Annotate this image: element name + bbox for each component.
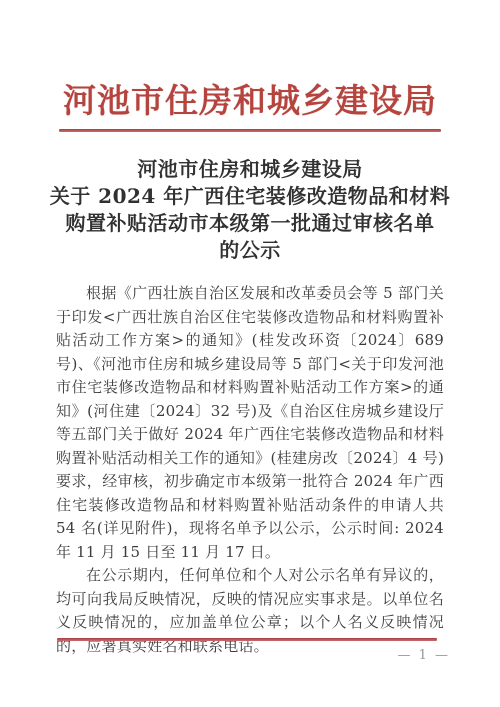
- footer-rule: [57, 638, 437, 641]
- document-page: 河池市住房和城乡建设局 河池市住房和城乡建设局 关于 2024 年广西住宅装修改…: [0, 0, 500, 707]
- page-number: — 1 —: [397, 648, 450, 663]
- letterhead: 河池市住房和城乡建设局: [0, 0, 500, 132]
- title-line-2: 关于 2024 年广西住宅装修改造物品和材料: [0, 183, 500, 210]
- title-line-1: 河池市住房和城乡建设局: [0, 156, 500, 183]
- title-line-4: 的公示: [0, 237, 500, 264]
- agency-name: 河池市住房和城乡建设局: [0, 82, 500, 120]
- body-paragraph-2: 在公示期内，任何单位和个人对公示名单有异议的，均可向我局反映情况，反映的情况应实…: [56, 564, 444, 658]
- body-paragraph-1: 根据《广西壮族自治区发展和改革委员会等 5 部门关于印发<广西壮族自治区住宅装修…: [56, 282, 444, 564]
- document-title: 河池市住房和城乡建设局 关于 2024 年广西住宅装修改造物品和材料 购置补贴活…: [0, 156, 500, 264]
- document-body: 根据《广西壮族自治区发展和改革委员会等 5 部门关于印发<广西壮族自治区住宅装修…: [56, 282, 444, 658]
- letterhead-rule: [59, 129, 441, 132]
- title-line-3: 购置补贴活动市本级第一批通过审核名单: [0, 210, 500, 237]
